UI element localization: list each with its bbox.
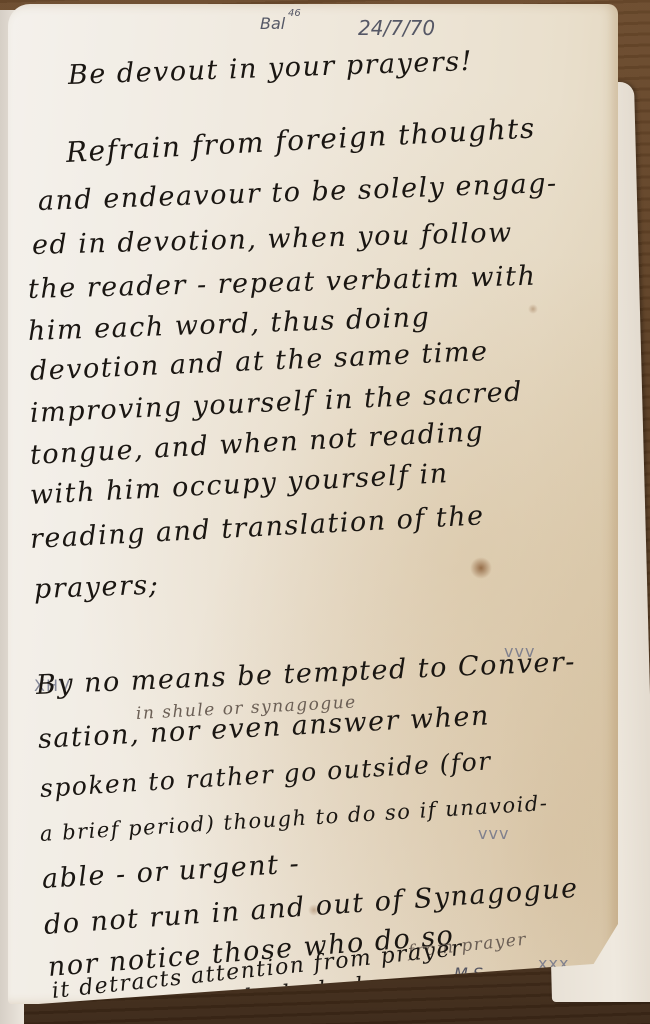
- manuscript-page: Bal 46 24/7/70 Be devout in your prayers…: [8, 4, 618, 1004]
- pencil-date: 24/7/70: [358, 16, 435, 40]
- foxing-spot: [528, 304, 538, 314]
- manuscript-line: the reader - repeat verbatim with: [28, 261, 537, 305]
- manuscript-line: spoken to rather go outside (for: [39, 746, 492, 803]
- manuscript-line: able - or urgent -: [41, 848, 301, 895]
- manuscript-line: Refrain from foreign thoughts: [65, 111, 536, 169]
- manuscript-line: and endeavour to be solely engag-: [37, 168, 558, 217]
- pencil-catalog-superscript: 46: [288, 8, 301, 19]
- manuscript-line-with-underline: and endeavour to be solely engag-: [37, 168, 558, 217]
- manuscript-line: reading and translation of the: [29, 500, 485, 555]
- pencil-catalog-note: Bal: [260, 14, 285, 33]
- manuscript-line: By no means be tempted to Conver-: [35, 646, 576, 701]
- ink-stain: [470, 557, 492, 579]
- manuscript-line: Be devout in your prayers!: [67, 46, 473, 91]
- pencil-check-marks: vvv: [478, 824, 509, 843]
- manuscript-line: prayers;: [33, 570, 159, 605]
- manuscript-line: a brief period) though to do so if unavo…: [39, 791, 549, 846]
- manuscript-line: ed in devotion, when you follow: [32, 217, 513, 261]
